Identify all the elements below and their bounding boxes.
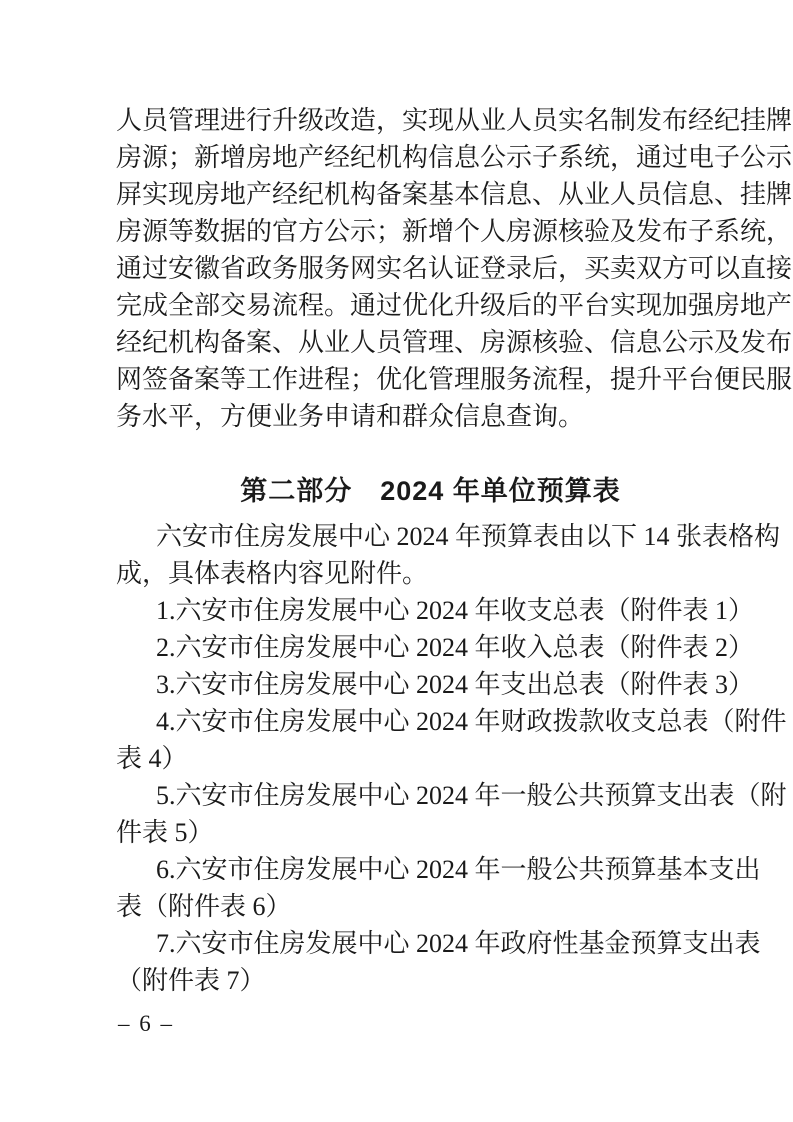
document-page: 人员管理进行升级改造，实现从业人员实名制发布经纪挂牌房源；新增房地产经纪机构信息… bbox=[0, 0, 793, 1122]
page-number: – 6 – bbox=[118, 1010, 174, 1038]
text-line: 2.六安市住房发展中心 2024 年收入总表（附件表 2） bbox=[116, 629, 745, 666]
text-line: 经纪机构备案、从业人员管理、房源核验、信息公示及发布、 bbox=[116, 324, 745, 361]
page-content: 人员管理进行升级改造，实现从业人员实名制发布经纪挂牌房源；新增房地产经纪机构信息… bbox=[0, 0, 793, 999]
text-line: 1.六安市住房发展中心 2024 年收支总表（附件表 1） bbox=[116, 592, 745, 629]
text-line: 7.六安市住房发展中心 2024 年政府性基金预算支出表 bbox=[116, 925, 745, 962]
text-line: 完成全部交易流程。通过优化升级后的平台实现加强房地产 bbox=[116, 287, 745, 324]
text-line: 务水平，方便业务申请和群众信息查询。 bbox=[116, 398, 745, 435]
section-heading: 第二部分 2024 年单位预算表 bbox=[116, 473, 745, 510]
text-line: 房源；新增房地产经纪机构信息公示子系统，通过电子公示 bbox=[116, 139, 745, 176]
text-line: 屏实现房地产经纪机构备案基本信息、从业人员信息、挂牌 bbox=[116, 176, 745, 213]
text-line: 房源等数据的官方公示；新增个人房源核验及发布子系统， bbox=[116, 213, 745, 250]
text-line: 6.六安市住房发展中心 2024 年一般公共预算基本支出 bbox=[116, 851, 745, 888]
text-line: 表 4） bbox=[116, 740, 745, 777]
text-line: 件表 5） bbox=[116, 814, 745, 851]
text-line: 人员管理进行升级改造，实现从业人员实名制发布经纪挂牌 bbox=[116, 102, 745, 139]
budget-table-list: 六安市住房发展中心 2024 年预算表由以下 14 张表格构成，具体表格内容见附… bbox=[116, 518, 745, 999]
text-line: 4.六安市住房发展中心 2024 年财政拨款收支总表（附件 bbox=[116, 703, 745, 740]
text-line: （附件表 7） bbox=[116, 962, 745, 999]
text-line: 成，具体表格内容见附件。 bbox=[116, 555, 745, 592]
paragraph-platform-upgrade: 人员管理进行升级改造，实现从业人员实名制发布经纪挂牌房源；新增房地产经纪机构信息… bbox=[116, 102, 745, 435]
text-line: 六安市住房发展中心 2024 年预算表由以下 14 张表格构 bbox=[116, 518, 745, 555]
text-line: 3.六安市住房发展中心 2024 年支出总表（附件表 3） bbox=[116, 666, 745, 703]
text-line: 5.六安市住房发展中心 2024 年一般公共预算支出表（附 bbox=[116, 777, 745, 814]
text-line: 网签备案等工作进程；优化管理服务流程，提升平台便民服 bbox=[116, 361, 745, 398]
text-line: 表（附件表 6） bbox=[116, 888, 745, 925]
text-line: 通过安徽省政务服务网实名认证登录后，买卖双方可以直接 bbox=[116, 250, 745, 287]
